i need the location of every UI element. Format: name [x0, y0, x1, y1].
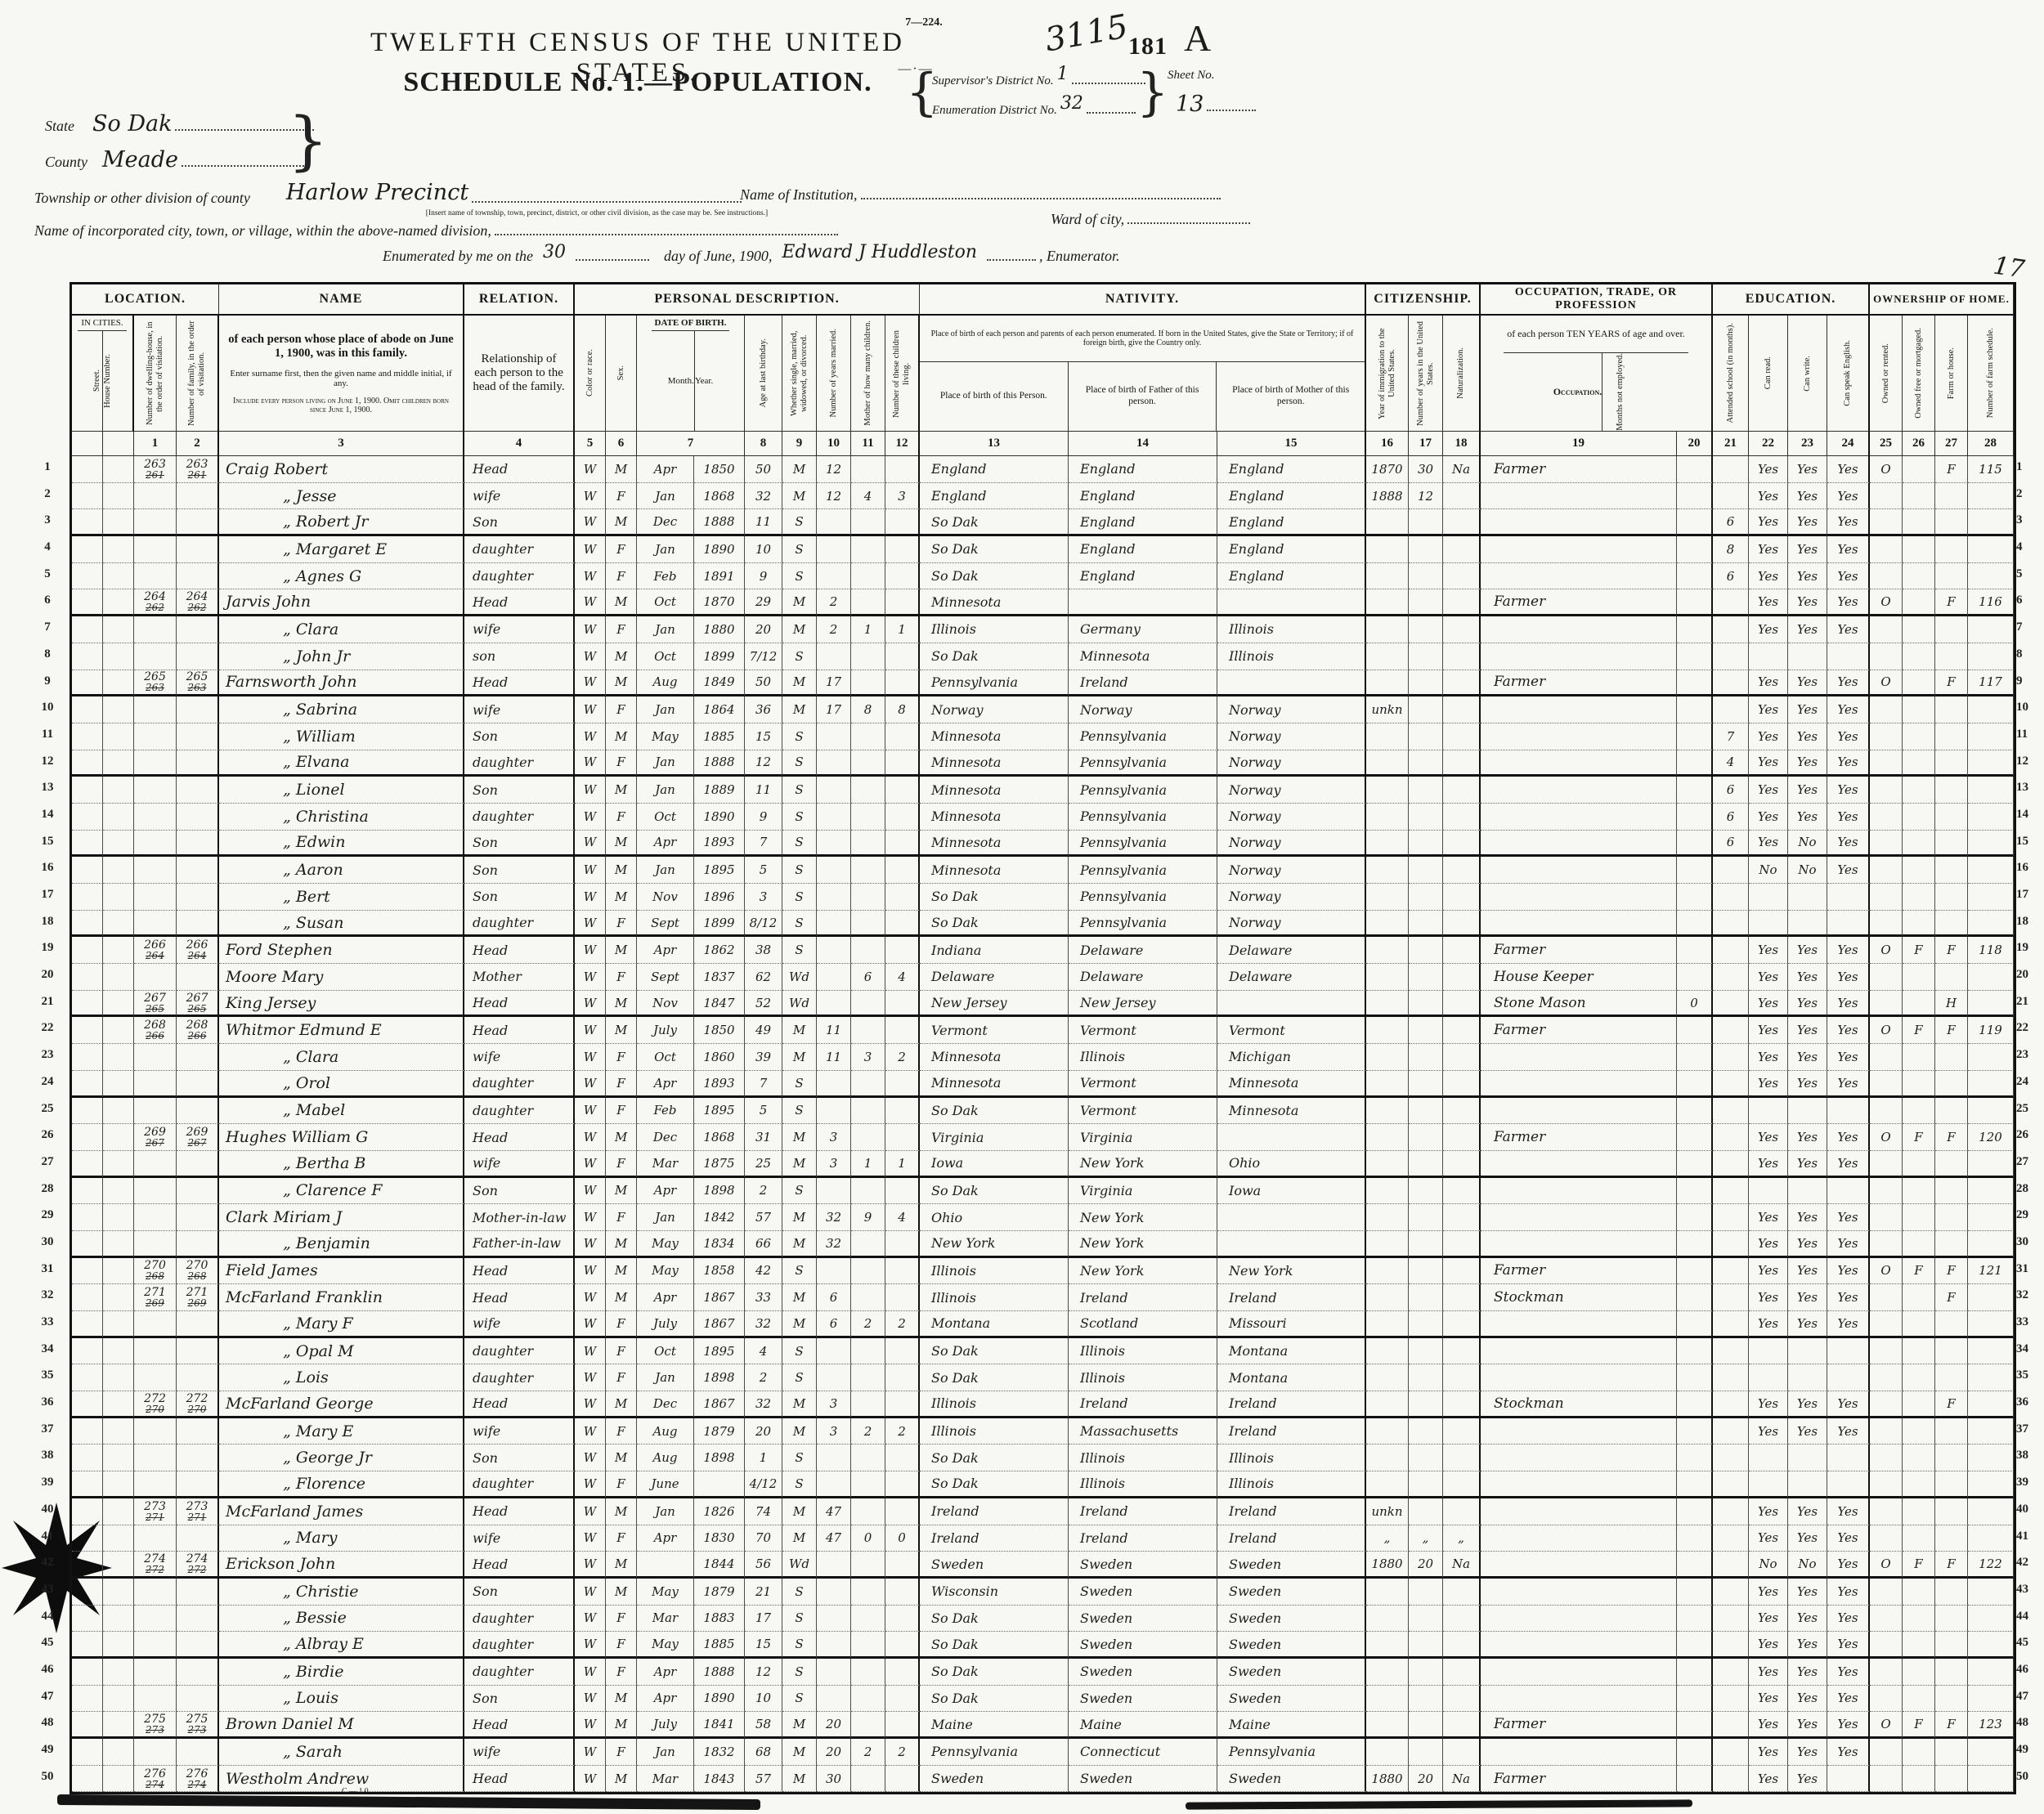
cell-age: 42 [745, 1258, 782, 1285]
cell-yu [1409, 1498, 1443, 1525]
cell-m: M [782, 1204, 817, 1231]
cell-dw: 267265 [134, 991, 177, 1018]
cell-yu [1409, 1364, 1443, 1391]
cell-oc [1481, 1471, 1677, 1498]
cell-sc: 8 [1713, 536, 1749, 563]
cell-wr: Yes [1788, 616, 1827, 643]
cell-c: W [575, 1338, 606, 1365]
cell-name: „ William [219, 723, 464, 750]
cell-cl [885, 1071, 920, 1098]
state-value: So Dak [92, 111, 172, 137]
cell-name: „ Lionel [219, 777, 464, 804]
cell-name: „ Benjamin [219, 1231, 464, 1258]
cell-yu [1409, 1338, 1443, 1365]
cell-oc [1481, 1311, 1677, 1338]
cell-m: M [782, 1124, 817, 1151]
cell-yr: 1850 [694, 1017, 745, 1044]
cell-or [1870, 857, 1903, 884]
cell-fh: F [1935, 1284, 1968, 1311]
cell-pb: Minnesota [920, 723, 1069, 750]
cell-fr: F [1903, 1124, 1935, 1151]
cell-age: 5 [745, 1098, 782, 1125]
cell-yu [1409, 911, 1443, 938]
cell-sc [1713, 1686, 1749, 1713]
cell-rd: Yes [1749, 589, 1788, 616]
cell-yr: 1847 [694, 991, 745, 1018]
cell-pf: Maine [1069, 1712, 1217, 1739]
cell-mo: Jan [637, 1204, 694, 1231]
cell-cl [885, 456, 920, 483]
cell-fr [1903, 536, 1935, 563]
cell-pb: Minnesota [920, 777, 1069, 804]
cell-sc [1713, 1364, 1749, 1391]
cell-im [1366, 509, 1409, 536]
cell-sc [1713, 937, 1749, 964]
cell-hn [103, 1686, 134, 1713]
cell-hn [103, 589, 134, 616]
cell-ym [817, 964, 851, 991]
cell-nt [1443, 723, 1481, 750]
cell-or [1870, 1044, 1903, 1071]
cell-wr: Yes [1788, 777, 1827, 804]
cell-nt [1443, 1124, 1481, 1151]
colnum-24: 24 [1827, 432, 1870, 456]
cell-rel: Head [464, 1124, 575, 1151]
nativity-note: Place of birth of each person and parent… [920, 316, 1365, 362]
cell-ns: 118 [1968, 937, 2014, 964]
cell-fh [1935, 1098, 1968, 1125]
cell-yu [1409, 723, 1443, 750]
cell-oc [1481, 1552, 1677, 1579]
cell-yr: 1898 [694, 1178, 745, 1205]
cell-mc [851, 1071, 885, 1098]
cell-cl [885, 1471, 920, 1498]
cell-name: McFarland George [219, 1391, 464, 1418]
cell-m: M [782, 1391, 817, 1418]
cell-fh [1935, 1632, 1968, 1659]
cell-dw: 268266 [134, 1017, 177, 1044]
cell-mn [1677, 1525, 1713, 1552]
cell-age: 57 [745, 1766, 782, 1793]
cell-nt [1443, 1017, 1481, 1044]
cell-mo: May [637, 1258, 694, 1285]
cell-name: „ Bert [219, 884, 464, 911]
cell-hn [103, 1391, 134, 1418]
cell-cl: 1 [885, 1151, 920, 1178]
cell-sc [1713, 616, 1749, 643]
line-number: 49 [31, 1736, 64, 1763]
cell-fr [1903, 1471, 1935, 1498]
cell-fm: 270268 [177, 1258, 219, 1285]
cell-st [72, 991, 103, 1018]
cell-pb: Ohio [920, 1204, 1069, 1231]
cell-or [1870, 1418, 1903, 1445]
cell-en [1827, 1444, 1870, 1471]
cell-yu: 20 [1409, 1766, 1443, 1793]
colnum-9: 9 [782, 432, 817, 456]
cell-st [72, 1231, 103, 1258]
cell-rel: daughter [464, 1098, 575, 1125]
cell-mc [851, 1579, 885, 1606]
cell-yu [1409, 696, 1443, 723]
line-number: 28 [2016, 1176, 2042, 1203]
left-brace: } [288, 105, 329, 178]
cell-pm: Ireland [1217, 1284, 1366, 1311]
cell-pf: Delaware [1069, 964, 1217, 991]
cell-sc [1713, 696, 1749, 723]
cell-sc [1713, 1471, 1749, 1498]
cell-sc: 6 [1713, 509, 1749, 536]
cell-pb: So Dak [920, 1686, 1069, 1713]
cell-or [1870, 1659, 1903, 1686]
cell-yr [694, 1471, 745, 1498]
cell-name: Moore Mary [219, 964, 464, 991]
cell-st [72, 616, 103, 643]
cell-mn [1677, 1258, 1713, 1285]
cell-pf: Sweden [1069, 1632, 1217, 1659]
cell-or: O [1870, 456, 1903, 483]
cell-dw: 263261 [134, 456, 177, 483]
occupation-label: Occupation. [1553, 353, 1602, 431]
cell-fm: 267265 [177, 991, 219, 1018]
cell-c: W [575, 1498, 606, 1525]
cell-rd: Yes [1749, 1686, 1788, 1713]
cell-dw: 264262 [134, 589, 177, 616]
cell-en [1827, 1471, 1870, 1498]
cell-s: F [606, 1311, 637, 1338]
cell-yu [1409, 1178, 1443, 1205]
cell-rel: Head [464, 1766, 575, 1793]
cell-cl [885, 509, 920, 536]
cell-ym [817, 1098, 851, 1125]
cell-ym: 32 [817, 1204, 851, 1231]
cell-hn [103, 1071, 134, 1098]
cell-fh: F [1935, 589, 1968, 616]
cell-st [72, 563, 103, 590]
cell-c: W [575, 1525, 606, 1552]
cell-age: 49 [745, 1017, 782, 1044]
cell-dw: 269267 [134, 1124, 177, 1151]
cell-yu [1409, 884, 1443, 911]
cell-ym [817, 884, 851, 911]
cell-pb: Illinois [920, 1418, 1069, 1445]
cell-hn [103, 1712, 134, 1739]
cell-oc [1481, 1525, 1677, 1552]
cell-fh [1935, 563, 1968, 590]
cell-name: McFarland Franklin [219, 1284, 464, 1311]
cell-fr [1903, 1338, 1935, 1365]
cell-mo: Mar [637, 1151, 694, 1178]
cell-s: F [606, 1632, 637, 1659]
cell-s: M [606, 777, 637, 804]
group-education: EDUCATION. [1713, 284, 1870, 316]
cell-en: Yes [1827, 509, 1870, 536]
cell-dw [134, 884, 177, 911]
cell-wr: Yes [1788, 1311, 1827, 1338]
cell-yr: 1842 [694, 1204, 745, 1231]
cell-name: „ Bertha B [219, 1151, 464, 1178]
cell-age: 4/12 [745, 1471, 782, 1498]
cell-oc [1481, 1204, 1677, 1231]
cell-name: „ Mary [219, 1525, 464, 1552]
line-number: 2 [2016, 481, 2042, 508]
cell-yu [1409, 1712, 1443, 1739]
cell-mn [1677, 777, 1713, 804]
cell-en: Yes [1827, 1686, 1870, 1713]
cell-mn [1677, 911, 1713, 938]
cell-cl [885, 1766, 920, 1793]
cell-fm: 265263 [177, 670, 219, 697]
cell-c: W [575, 1017, 606, 1044]
colnum-27: 27 [1935, 432, 1968, 456]
cell-ns [1968, 1659, 2014, 1686]
cell-fm [177, 1444, 219, 1471]
cell-name: „ Mary F [219, 1311, 464, 1338]
cell-fm [177, 1231, 219, 1258]
cell-yr: 1837 [694, 964, 745, 991]
cell-fh: F [1935, 1391, 1968, 1418]
cell-im [1366, 536, 1409, 563]
cell-mo: Aug [637, 670, 694, 697]
cell-cl [885, 777, 920, 804]
cell-oc [1481, 804, 1677, 831]
cell-mc [851, 1606, 885, 1633]
cell-s: M [606, 1258, 637, 1285]
line-numbers-right: 1234567891011121314151617181920212223242… [2016, 454, 2042, 1789]
cell-fm: 275273 [177, 1712, 219, 1739]
cell-oc [1481, 1579, 1677, 1606]
cell-yr: 1880 [694, 616, 745, 643]
cell-yr: 1896 [694, 884, 745, 911]
cell-m: Wd [782, 991, 817, 1018]
cell-nt [1443, 884, 1481, 911]
cell-name: Farnsworth John [219, 670, 464, 697]
cell-name: „ Susan [219, 911, 464, 938]
cell-wr: Yes [1788, 1712, 1827, 1739]
cell-en [1827, 1364, 1870, 1391]
cell-mc [851, 1338, 885, 1365]
cell-mo: Apr [637, 1284, 694, 1311]
cell-pf: Scotland [1069, 1311, 1217, 1338]
cell-ym: 2 [817, 616, 851, 643]
cell-en: Yes [1827, 536, 1870, 563]
cell-im [1366, 1098, 1409, 1125]
cell-rel: wife [464, 616, 575, 643]
cell-age: 15 [745, 1632, 782, 1659]
line-number: 50 [2016, 1763, 2042, 1790]
cell-yu [1409, 1311, 1443, 1338]
cell-or [1870, 1151, 1903, 1178]
cell-fr [1903, 1151, 1935, 1178]
line-number: 40 [2016, 1496, 2042, 1523]
cell-c: W [575, 509, 606, 536]
cell-mo: Sept [637, 964, 694, 991]
cell-name: „ Louis [219, 1686, 464, 1713]
cell-nt [1443, 1659, 1481, 1686]
cell-cl [885, 723, 920, 750]
line-number: 10 [2016, 694, 2042, 721]
cell-oc [1481, 616, 1677, 643]
cell-m: M [782, 1017, 817, 1044]
cell-nt [1443, 1632, 1481, 1659]
cell-pm: Sweden [1217, 1766, 1366, 1793]
cell-cl: 4 [885, 964, 920, 991]
cell-mo: Dec [637, 1124, 694, 1151]
cell-cl [885, 937, 920, 964]
table-body: 263261263261Craig RobertHeadWMApr185050M… [72, 456, 2014, 1792]
cell-fh [1935, 723, 1968, 750]
cell-fh: F [1935, 1258, 1968, 1285]
cell-fr [1903, 1418, 1935, 1445]
cell-mo: June [637, 1471, 694, 1498]
cell-or [1870, 509, 1903, 536]
cell-ym: 3 [817, 1418, 851, 1445]
cell-wr: Yes [1788, 1231, 1827, 1258]
cell-fm [177, 616, 219, 643]
cell-pm: Norway [1217, 696, 1366, 723]
cell-c: W [575, 696, 606, 723]
cell-c: W [575, 1098, 606, 1125]
cell-fm [177, 1606, 219, 1633]
cell-dw [134, 777, 177, 804]
cell-s: F [606, 804, 637, 831]
cell-nt [1443, 1579, 1481, 1606]
cell-mc [851, 509, 885, 536]
cell-name: Brown Daniel M [219, 1712, 464, 1739]
cell-m: S [782, 1606, 817, 1633]
subheader-occupation: of each person TEN YEARS of age and over… [1481, 316, 1713, 432]
cell-mn: 0 [1677, 991, 1713, 1018]
subheader-in-cities: IN CITIES. Street. House Number. [72, 316, 134, 432]
cell-ym [817, 804, 851, 831]
cell-or [1870, 1498, 1903, 1525]
cell-age: 31 [745, 1124, 782, 1151]
cell-m: S [782, 750, 817, 777]
cell-name: Erickson John [219, 1552, 464, 1579]
cell-ns [1968, 1204, 2014, 1231]
cell-sc [1713, 1284, 1749, 1311]
line-number: 31 [2016, 1256, 2042, 1283]
cell-fh [1935, 1338, 1968, 1365]
cell-oc [1481, 750, 1677, 777]
cell-pf: Pennsylvania [1069, 911, 1217, 938]
cell-age: 33 [745, 1284, 782, 1311]
cell-pb: Delaware [920, 964, 1069, 991]
cell-or: O [1870, 589, 1903, 616]
cell-dw [134, 911, 177, 938]
cell-rd: Yes [1749, 1231, 1788, 1258]
cell-hn [103, 723, 134, 750]
cell-fh [1935, 1151, 1968, 1178]
subheader-dob: DATE OF BIRTH. Month. Year. [637, 316, 745, 432]
cell-yu [1409, 1284, 1443, 1311]
cell-oc [1481, 723, 1677, 750]
line-number: 14 [2016, 801, 2042, 828]
cell-c: W [575, 831, 606, 858]
cell-s: M [606, 1178, 637, 1205]
cell-dw [134, 1071, 177, 1098]
cell-or: O [1870, 1124, 1903, 1151]
cell-nt [1443, 1258, 1481, 1285]
cell-pm: Vermont [1217, 1017, 1366, 1044]
cell-yu [1409, 589, 1443, 616]
cell-fr [1903, 589, 1935, 616]
cell-or [1870, 616, 1903, 643]
cell-dw [134, 643, 177, 670]
cell-age: 10 [745, 536, 782, 563]
colnum-28: 28 [1968, 432, 2014, 456]
cell-mc [851, 857, 885, 884]
cell-fr [1903, 509, 1935, 536]
cell-im: „ [1366, 1525, 1409, 1552]
cell-yr: 1834 [694, 1231, 745, 1258]
cell-sc: 4 [1713, 750, 1749, 777]
cell-yr: 1899 [694, 643, 745, 670]
line-number: 11 [2016, 721, 2042, 748]
colnum-house [103, 432, 134, 456]
cell-mo: Apr [637, 937, 694, 964]
cell-pm: Ireland [1217, 1391, 1366, 1418]
cell-nt [1443, 1284, 1481, 1311]
cell-sc [1713, 1391, 1749, 1418]
cell-fr: F [1903, 1552, 1935, 1579]
cell-im [1366, 831, 1409, 858]
cell-nt: Na [1443, 456, 1481, 483]
sheet-no-label: Sheet No. [1168, 69, 1215, 83]
cell-yr: 1890 [694, 804, 745, 831]
cell-name: „ Robert Jr [219, 509, 464, 536]
cell-ns: 122 [1968, 1552, 2014, 1579]
cell-rd: Yes [1749, 696, 1788, 723]
cell-pf: Ireland [1069, 1391, 1217, 1418]
cell-en: Yes [1827, 616, 1870, 643]
cell-nt [1443, 991, 1481, 1018]
cell-hn [103, 804, 134, 831]
cell-pf: England [1069, 509, 1217, 536]
cell-nt [1443, 1418, 1481, 1445]
cell-c: W [575, 1364, 606, 1391]
cell-s: F [606, 1071, 637, 1098]
cell-dw [134, 1471, 177, 1498]
line-number: 34 [31, 1336, 64, 1363]
cell-fm [177, 1525, 219, 1552]
cell-fh [1935, 884, 1968, 911]
line-number: 48 [2016, 1709, 2042, 1736]
cell-or: O [1870, 670, 1903, 697]
colnum-6: 6 [606, 432, 637, 456]
cell-ym [817, 1659, 851, 1686]
cell-im [1366, 589, 1409, 616]
cell-fm [177, 750, 219, 777]
cell-oc: Farmer [1481, 1258, 1677, 1285]
cell-hn [103, 937, 134, 964]
cell-yr: 1862 [694, 937, 745, 964]
cell-age: 5 [745, 857, 782, 884]
cell-pb: Minnesota [920, 857, 1069, 884]
line-number: 13 [31, 774, 64, 801]
cell-pm: Ireland [1217, 1498, 1366, 1525]
cell-name: „ Jesse [219, 483, 464, 510]
enumerated-field: Enumerated by me on the 30 day of June, … [383, 245, 1120, 266]
house-number-label: House Number. [103, 354, 113, 408]
cell-en: Yes [1827, 696, 1870, 723]
cell-mn [1677, 670, 1713, 697]
cell-rel: Head [464, 937, 575, 964]
line-number: 18 [31, 908, 64, 935]
cell-yr: 1844 [694, 1552, 745, 1579]
cell-en: Yes [1827, 1659, 1870, 1686]
cell-rd: Yes [1749, 483, 1788, 510]
